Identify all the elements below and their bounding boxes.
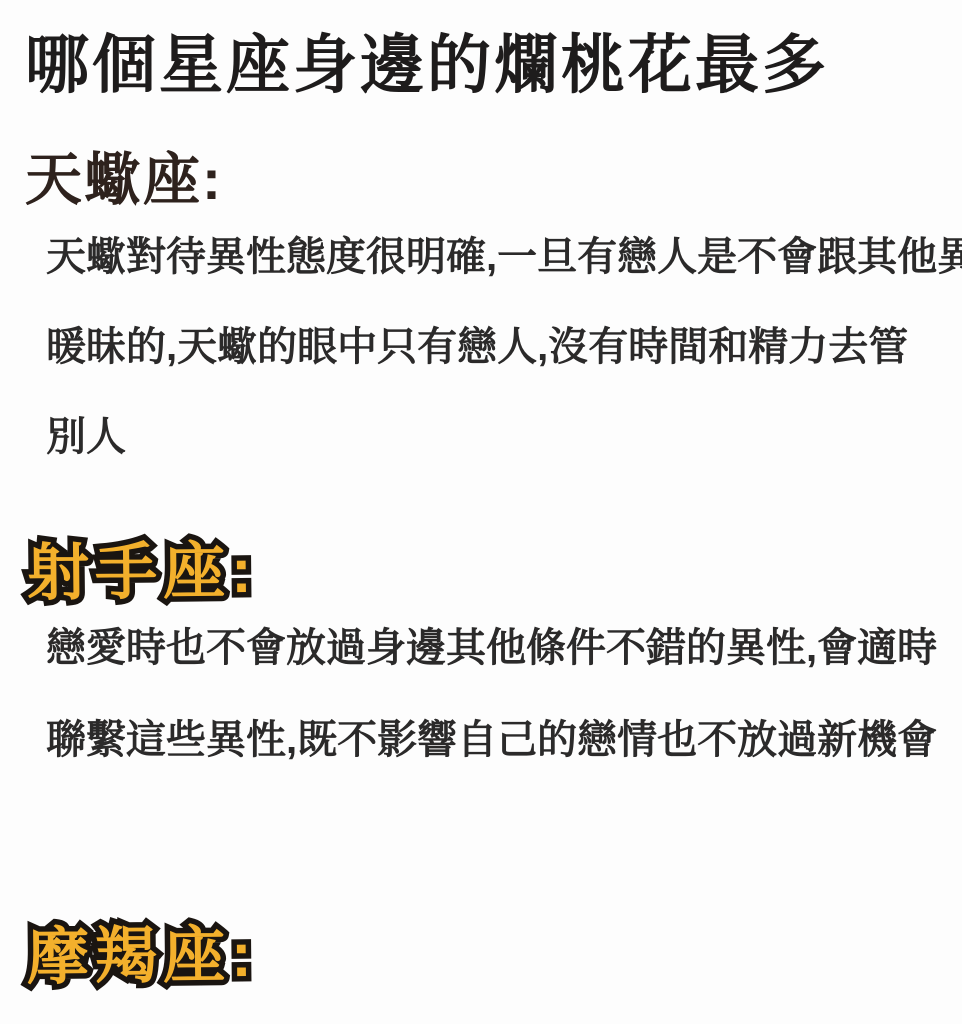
page-title: 哪個星座身邊的爛桃花最多 <box>25 14 829 106</box>
heading-capricorn-fill: 摩羯座: <box>27 921 258 992</box>
heading-capricorn: 摩羯座: 摩羯座: <box>27 905 259 996</box>
paragraph-scorpio: 天蠍對待異性態度很明確,一旦有戀人是不會跟其他異性 暖昧的,天蠍的眼中只有戀人,… <box>46 212 936 482</box>
heading-scorpio: 天蠍座: <box>25 134 223 216</box>
heading-sagittarius: 射手座: 射手座: <box>27 521 259 612</box>
paragraph-sagittarius: 戀愛時也不會放過身邊其他條件不錯的異性,會適時 聯繫這些異性,既不影響自己的戀情… <box>46 602 936 786</box>
article-page: 哪個星座身邊的爛桃花最多 天蠍座: 天蠍對待異性態度很明確,一旦有戀人是不會跟其… <box>0 0 962 1024</box>
paragraph-scorpio-line-2: 暖昧的,天蠍的眼中只有戀人,沒有時間和精力去管 <box>46 302 936 392</box>
paragraph-scorpio-line-3: 別人 <box>46 392 936 482</box>
paragraph-sagittarius-line-1: 戀愛時也不會放過身邊其他條件不錯的異性,會適時 <box>46 602 936 694</box>
heading-sagittarius-fill: 射手座: <box>27 537 258 608</box>
paragraph-scorpio-line-1: 天蠍對待異性態度很明確,一旦有戀人是不會跟其他異性 <box>46 212 936 302</box>
paragraph-sagittarius-line-2: 聯繫這些異性,既不影響自己的戀情也不放過新機會 <box>46 694 936 786</box>
